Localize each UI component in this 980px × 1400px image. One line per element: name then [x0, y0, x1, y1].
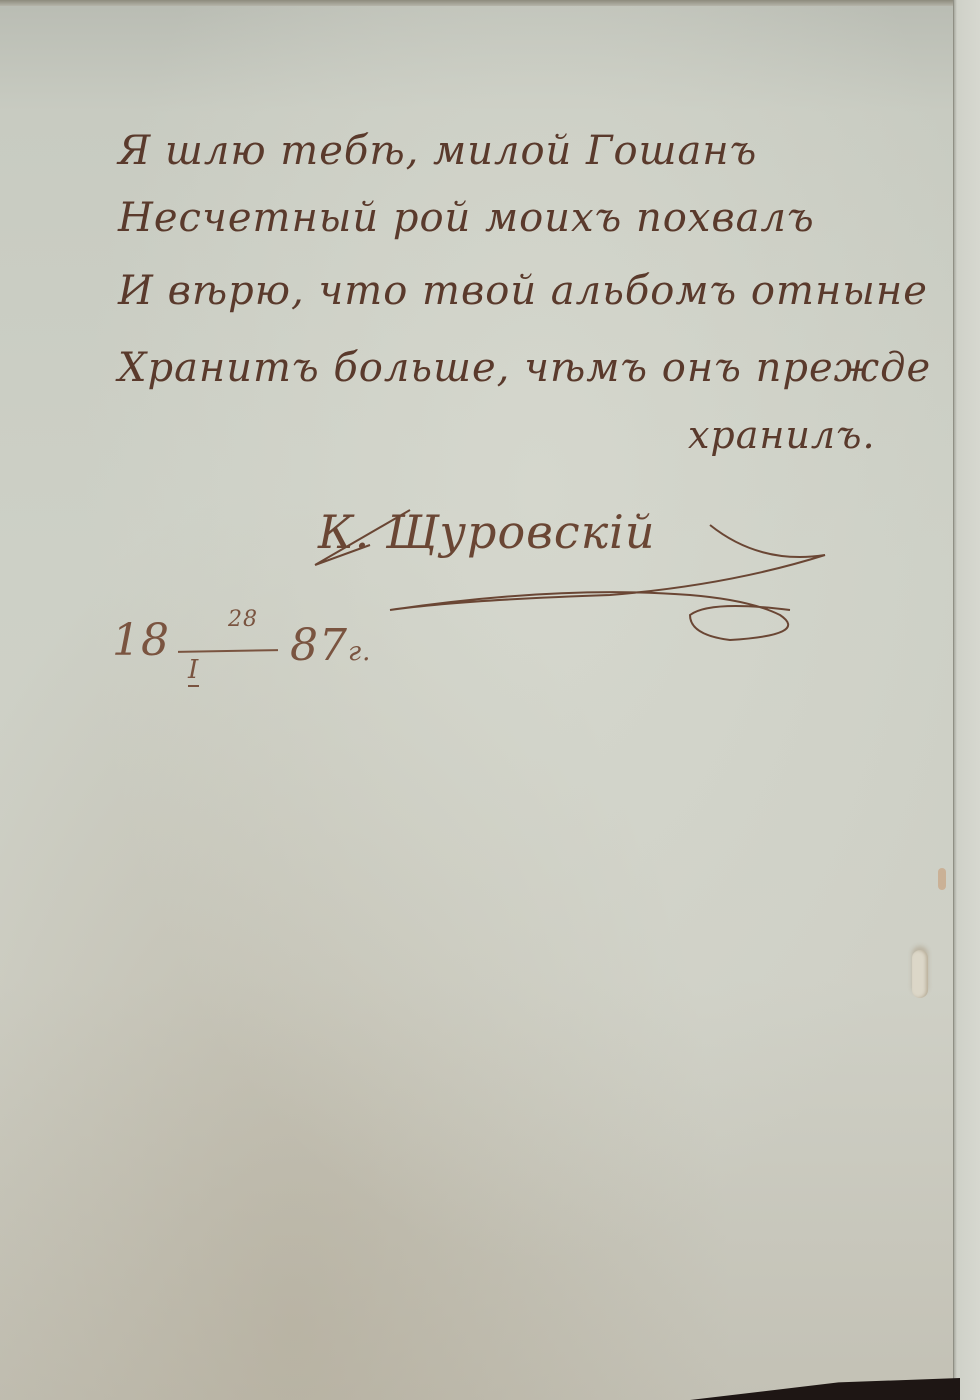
poem-line-2: Несчетный рой моихъ похвалъ — [118, 195, 815, 241]
date-year-abbrev: г. — [348, 637, 371, 667]
page-edge-binding — [953, 0, 980, 1400]
page-top-edge — [0, 0, 980, 6]
date-year-suffix: 87г. — [290, 620, 371, 671]
signature: К. Щуровскій — [318, 505, 656, 559]
date-year-digits: 87 — [290, 620, 348, 671]
date-year-prefix: 18 — [112, 615, 170, 666]
paper-stain — [938, 868, 946, 890]
poem-line-3: И вѣрю, что твой альбомъ отныне — [118, 268, 928, 314]
date-month: I — [188, 655, 199, 687]
page-tear-notch — [912, 950, 928, 998]
album-page: Я шлю тебѣ, милой Гошанъ Несчетный рой м… — [0, 0, 980, 1400]
date-fraction-bar — [178, 649, 278, 653]
poem-line-1: Я шлю тебѣ, милой Гошанъ — [118, 128, 757, 174]
poem-line-4: Хранитъ больше, чѣмъ онъ прежде — [118, 345, 931, 391]
date-day: 28 — [228, 607, 258, 632]
poem-line-5: хранилъ. — [688, 413, 876, 457]
book-cover-shadow — [690, 1378, 960, 1400]
